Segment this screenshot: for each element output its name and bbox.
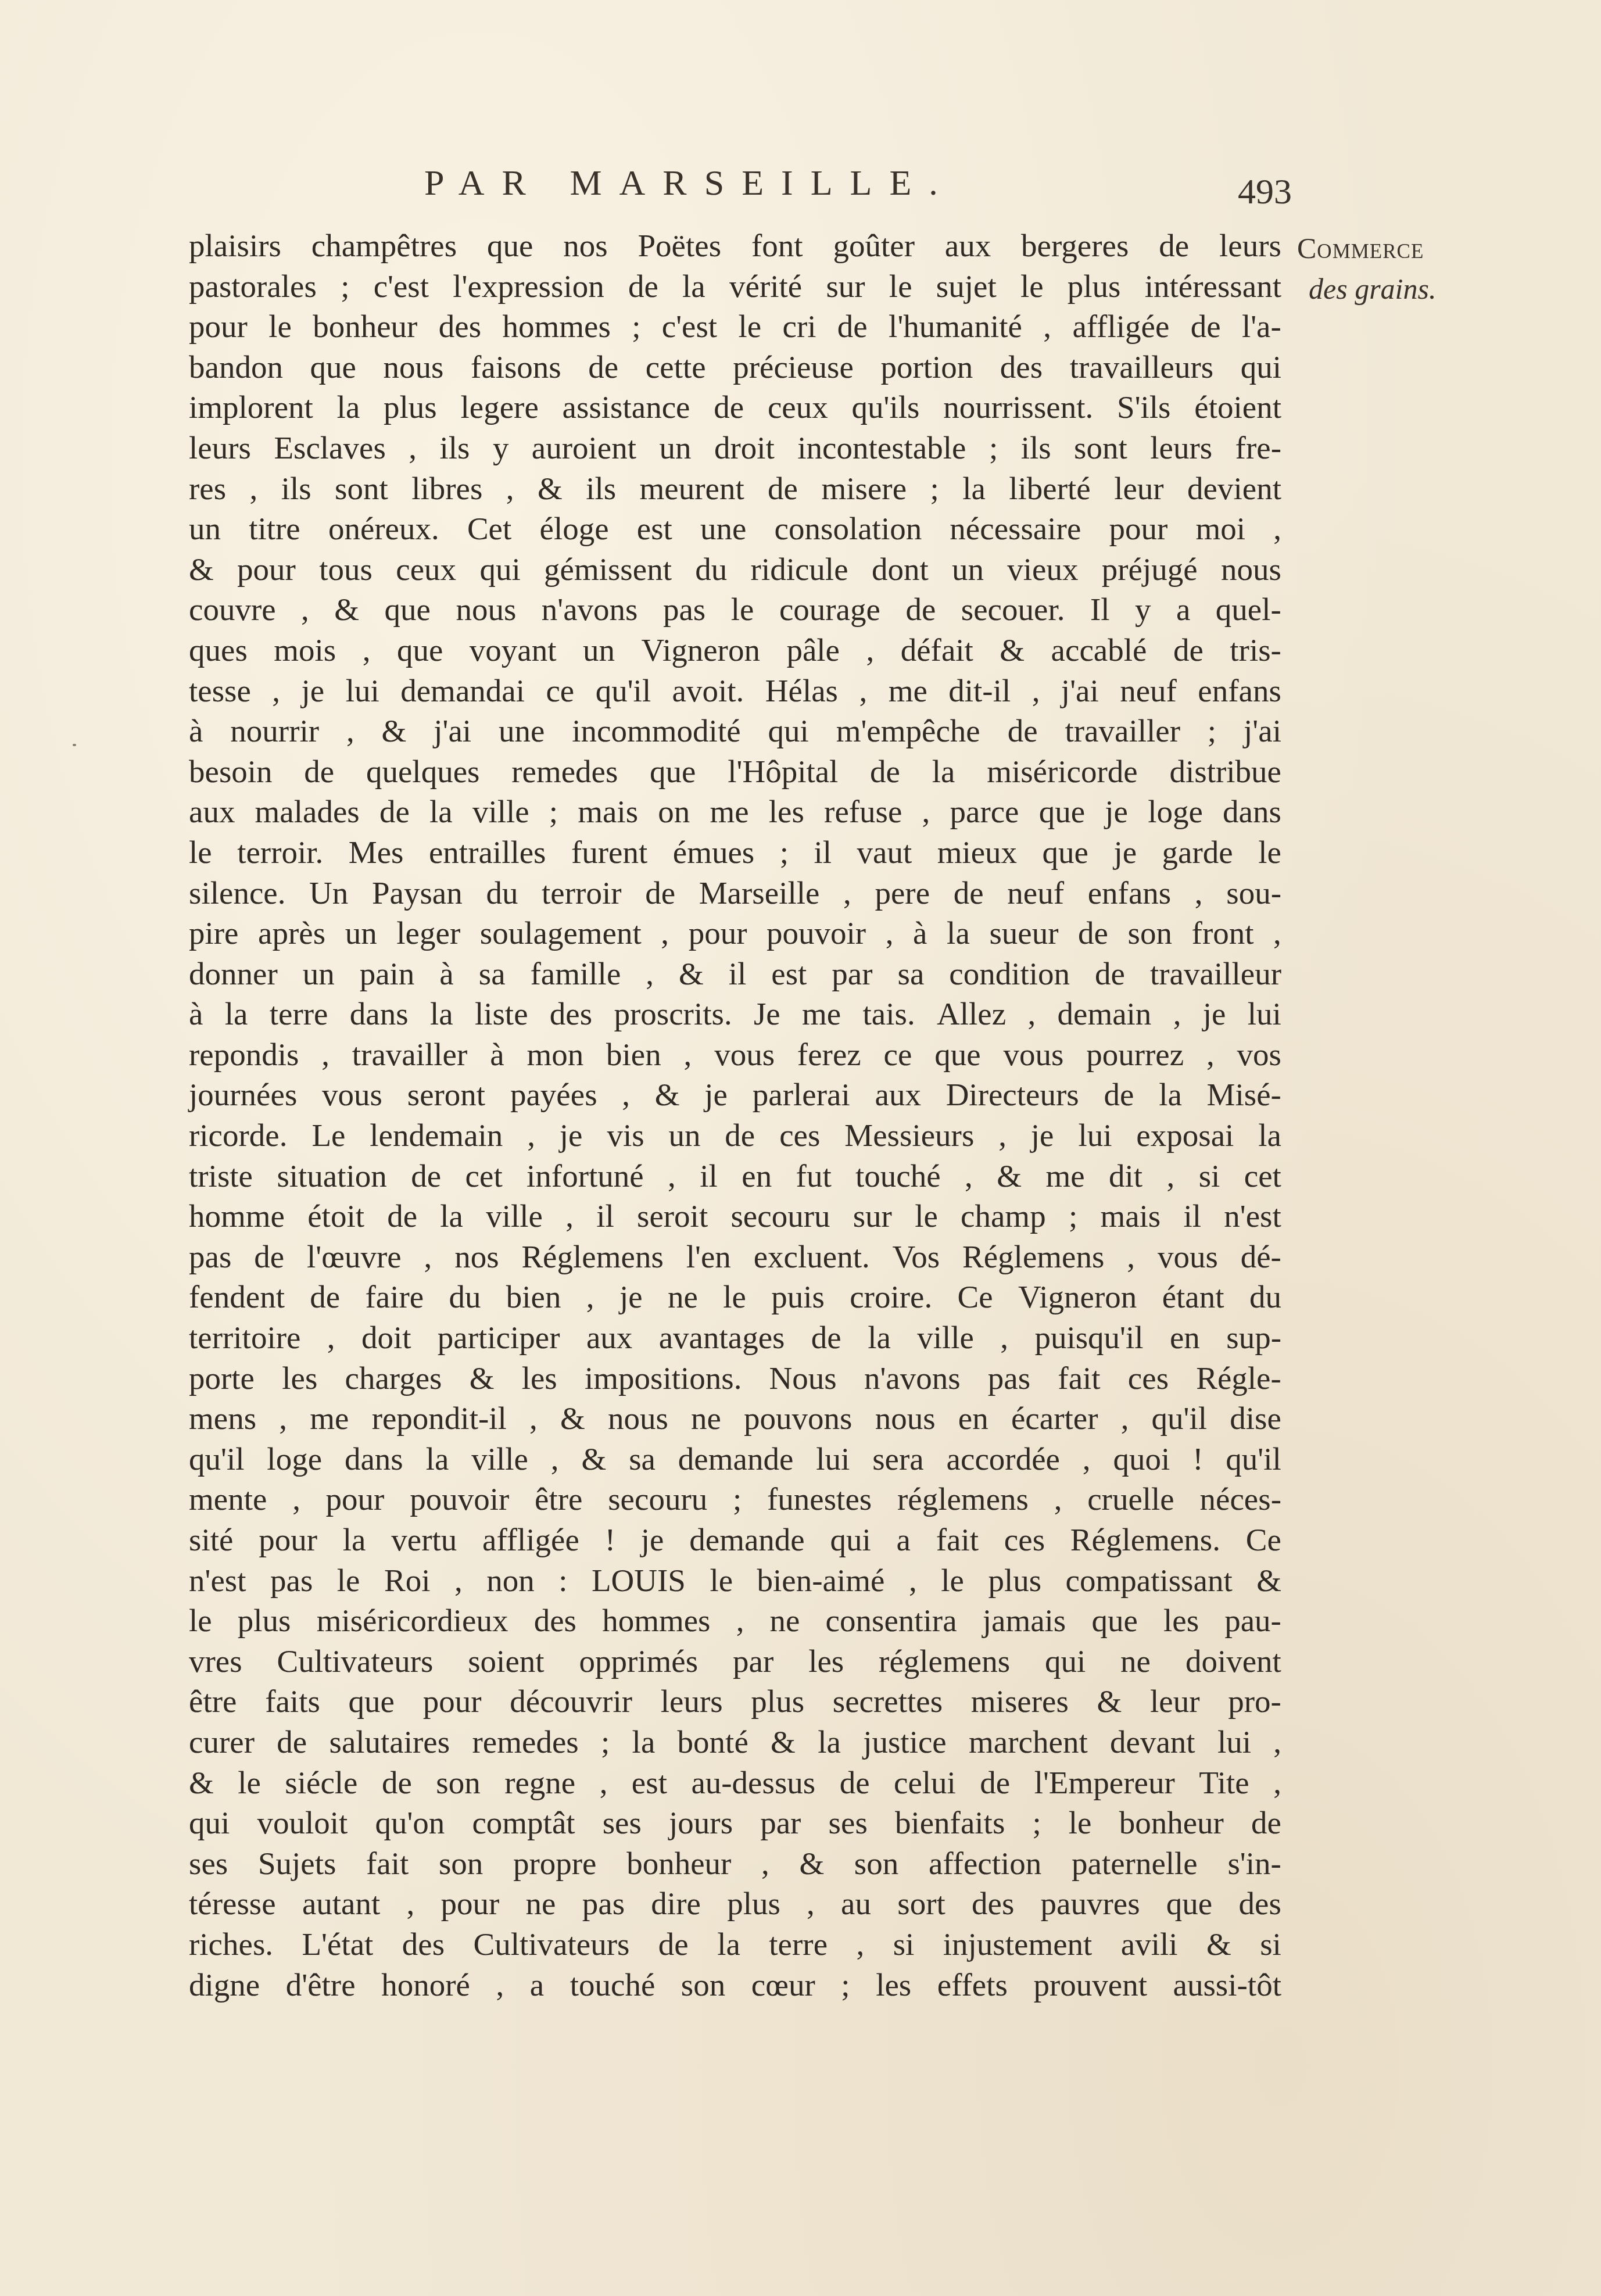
- text-line: &pourtousceuxquigémissentduridiculedontu…: [189, 549, 1281, 590]
- word: lui: [346, 671, 379, 711]
- word: ,: [565, 1196, 574, 1237]
- word: pas: [189, 1237, 231, 1277]
- word: tais.: [863, 994, 915, 1034]
- ink-speck: [73, 744, 76, 746]
- word: il: [700, 1156, 718, 1197]
- word: tesse: [189, 671, 251, 711]
- word: que: [397, 630, 443, 671]
- word: Je: [754, 994, 780, 1034]
- word: étoient: [1194, 387, 1281, 428]
- word: le: [189, 832, 212, 873]
- word: Hélas: [765, 671, 838, 711]
- word: ,: [292, 1479, 300, 1520]
- word: vieux: [1007, 549, 1078, 590]
- word: funestes: [767, 1479, 872, 1520]
- word: leurs: [1219, 225, 1281, 266]
- word: la: [343, 1520, 366, 1560]
- word: de: [725, 1115, 755, 1156]
- word: qu'on: [375, 1803, 445, 1843]
- word: Nous: [769, 1358, 837, 1399]
- word: doivent: [1185, 1641, 1281, 1682]
- word: besoin: [189, 751, 273, 792]
- word: triste: [189, 1156, 253, 1197]
- word: front: [1192, 913, 1254, 954]
- word: un: [668, 1115, 700, 1156]
- word: avoit.: [672, 671, 744, 711]
- word: vres: [189, 1641, 242, 1682]
- word: ,: [1273, 1763, 1281, 1803]
- word: Poëtes: [638, 225, 722, 266]
- word: ;: [989, 428, 998, 468]
- word: &: [1256, 1560, 1281, 1601]
- word: pouvoir: [767, 913, 866, 954]
- word: de: [870, 751, 900, 792]
- word: j'ai: [1244, 711, 1281, 751]
- text-line: n'estpasleRoi,non:LOUISlebien-aimé,leplu…: [189, 1560, 1281, 1601]
- word: voyant: [470, 630, 557, 671]
- word: ,: [668, 1156, 676, 1197]
- word: furent: [571, 832, 647, 873]
- word: pas: [988, 1358, 1030, 1399]
- word: l'Hôpital: [728, 751, 838, 792]
- word: lui: [1217, 1722, 1251, 1763]
- word: de: [1159, 225, 1189, 266]
- text-line: auxmaladesdelaville;maisonmelesrefuse,pa…: [189, 791, 1281, 832]
- word: travailleurs: [1070, 347, 1213, 388]
- word: cette: [646, 347, 706, 388]
- word: ,: [886, 913, 894, 954]
- word: miséricorde: [987, 751, 1138, 792]
- word: Régle-: [1196, 1358, 1281, 1399]
- word: vérité: [729, 266, 802, 307]
- text-line: tesse,jeluidemandaicequ'ilavoit.Hélas,me…: [189, 671, 1281, 711]
- word: un: [345, 913, 377, 954]
- word: y: [1135, 589, 1151, 630]
- running-head: PAR MARSEILLE.: [424, 163, 955, 204]
- word: devient: [1187, 468, 1281, 509]
- word: Messieurs: [844, 1115, 974, 1156]
- word: Réglemens: [962, 1237, 1104, 1277]
- word: étoit: [307, 1196, 364, 1237]
- word: aux: [875, 1074, 921, 1115]
- word: ,: [1083, 1439, 1091, 1480]
- word: le: [889, 266, 912, 307]
- word: &: [470, 1358, 495, 1399]
- word: ,: [1000, 1317, 1008, 1358]
- word: Un: [309, 873, 348, 914]
- text-line: mens,merepondit-il,&nousnepouvonsnousené…: [189, 1398, 1281, 1439]
- word: je: [302, 671, 325, 711]
- word: regne: [504, 1763, 575, 1803]
- word: ,: [965, 1156, 973, 1197]
- word: qui: [479, 549, 520, 590]
- word: fut: [796, 1156, 832, 1197]
- word: être: [189, 1681, 237, 1722]
- word: ses: [603, 1803, 642, 1843]
- word: bergeres: [1021, 225, 1129, 266]
- word: est: [637, 508, 672, 549]
- word: son: [436, 1763, 480, 1803]
- word: réglemens: [879, 1641, 1010, 1682]
- word: fait: [1058, 1358, 1100, 1399]
- word: ,: [859, 671, 867, 711]
- word: ,: [1127, 1237, 1135, 1277]
- word: sa: [898, 954, 925, 994]
- text-line: tristesituationdecetinfortuné,ilenfuttou…: [189, 1156, 1281, 1197]
- word: demande: [678, 1439, 794, 1480]
- word: a: [897, 1520, 911, 1560]
- word: me: [1045, 1156, 1084, 1197]
- word: courage: [779, 589, 880, 630]
- word: écarter: [1011, 1398, 1098, 1439]
- text-line: sesSujetsfaitsonproprebonheur,&sonaffect…: [189, 1843, 1281, 1884]
- word: charges: [345, 1358, 442, 1399]
- word: &: [581, 1439, 606, 1480]
- word: dit: [1109, 1156, 1142, 1197]
- word: ,: [301, 589, 309, 630]
- word: bonheur: [626, 1843, 731, 1884]
- word: sup-: [1226, 1317, 1281, 1358]
- word: consolation: [775, 508, 922, 549]
- word: que: [934, 1034, 980, 1075]
- word: au: [841, 1883, 871, 1924]
- word: Tite: [1199, 1763, 1249, 1803]
- word: nos: [563, 225, 607, 266]
- word: un: [659, 428, 691, 468]
- word: à: [189, 994, 203, 1034]
- word: qu'il: [1226, 1439, 1281, 1480]
- word: me: [802, 994, 841, 1034]
- word: la: [868, 1317, 891, 1358]
- word: opprimés: [579, 1641, 698, 1682]
- word: l'en: [686, 1237, 731, 1277]
- word: ,: [661, 913, 669, 954]
- text-line: àlaterredanslalistedesproscrits.Jemetais…: [189, 994, 1281, 1034]
- word: dit-il: [948, 671, 1011, 711]
- word: de: [768, 468, 798, 509]
- word: touché: [855, 1156, 941, 1197]
- word: lui: [816, 1439, 850, 1480]
- word: découvrir: [510, 1681, 632, 1722]
- word: la: [337, 387, 360, 428]
- word: ,: [327, 1317, 335, 1358]
- word: que: [349, 1681, 395, 1722]
- word: sou-: [1226, 873, 1281, 914]
- word: remedes: [472, 1722, 578, 1763]
- word: ,: [646, 954, 654, 994]
- word: titre: [249, 508, 300, 549]
- word: liberté: [1009, 468, 1090, 509]
- word: impositions.: [585, 1358, 742, 1399]
- word: l'expression: [453, 266, 604, 307]
- word: le: [268, 306, 292, 347]
- word: pau-: [1224, 1600, 1281, 1641]
- word: faire: [365, 1277, 424, 1317]
- word: terroir.: [237, 832, 323, 873]
- word: une: [499, 711, 545, 751]
- word: libres: [411, 468, 482, 509]
- word: ville: [472, 791, 529, 832]
- word: jours: [669, 1803, 733, 1843]
- word: ,: [527, 1115, 535, 1156]
- word: de: [277, 1722, 307, 1763]
- word: un: [303, 954, 335, 994]
- word: prouvent: [1033, 1965, 1147, 2005]
- word: pourrez: [1086, 1034, 1184, 1075]
- word: ils: [281, 468, 311, 509]
- word: est: [632, 1763, 667, 1803]
- word: onéreux.: [328, 508, 439, 549]
- word: ques: [189, 630, 248, 671]
- word: de: [905, 589, 936, 630]
- word: ce: [546, 671, 574, 711]
- word: aussi-tôt: [1173, 1965, 1281, 2005]
- text-line: pourlebonheurdeshommes;c'estlecridel'hum…: [189, 306, 1281, 347]
- word: fendent: [189, 1277, 285, 1317]
- word: une: [700, 508, 746, 549]
- word: enfans: [1198, 671, 1281, 711]
- word: de: [980, 1763, 1010, 1803]
- word: n'avons: [864, 1358, 961, 1399]
- word: n'est: [1224, 1196, 1281, 1237]
- word: le: [738, 306, 761, 347]
- word: incontestable: [797, 428, 966, 468]
- word: de: [588, 347, 618, 388]
- word: qui: [189, 1803, 230, 1843]
- word: affligée: [482, 1520, 579, 1560]
- word: implorent: [189, 387, 313, 428]
- word: étant: [1162, 1277, 1224, 1317]
- word: il: [1183, 1196, 1201, 1237]
- word: le: [723, 1277, 746, 1317]
- word: LOUIS: [592, 1560, 686, 1601]
- word: couvre: [189, 589, 276, 630]
- word: &: [771, 1722, 796, 1763]
- word: soient: [468, 1641, 544, 1682]
- word: ;: [733, 1479, 742, 1520]
- word: ne: [691, 1398, 721, 1439]
- word: pour: [1109, 508, 1167, 549]
- text-line: hommeétoitdelaville,ilseroitsecourusurle…: [189, 1196, 1281, 1237]
- word: un: [952, 549, 984, 590]
- word: les: [769, 791, 804, 832]
- word: n'est: [189, 1560, 246, 1601]
- word: Paysan: [372, 873, 463, 914]
- word: quoi: [1113, 1439, 1170, 1480]
- word: ,: [1043, 306, 1051, 347]
- word: à: [490, 1034, 504, 1075]
- margin-note-subtitle: des grains.: [1297, 268, 1436, 309]
- word: &: [679, 954, 704, 994]
- word: qu'ils: [852, 387, 920, 428]
- word: ;: [601, 1722, 610, 1763]
- word: parlerai: [753, 1074, 850, 1115]
- word: de: [1095, 954, 1125, 994]
- word: de: [1191, 306, 1221, 347]
- word: par: [733, 1641, 773, 1682]
- word: mois: [274, 630, 336, 671]
- word: le: [731, 589, 754, 630]
- text-line: territoire,doitparticiperauxavantagesdel…: [189, 1317, 1281, 1358]
- word: marchent: [969, 1722, 1088, 1763]
- word: travailler: [1065, 711, 1180, 751]
- word: il: [729, 954, 747, 994]
- word: je: [1113, 832, 1137, 873]
- word: si: [893, 1924, 915, 1965]
- word: Roi: [384, 1560, 430, 1601]
- word: des: [1239, 1883, 1281, 1924]
- word: plaisirs: [189, 225, 281, 266]
- word: précieuse: [733, 347, 854, 388]
- word: de: [954, 873, 984, 914]
- word: il: [596, 1196, 614, 1237]
- word: ,: [272, 671, 280, 711]
- word: que: [1166, 1883, 1212, 1924]
- word: ils: [439, 428, 470, 468]
- word: non: [486, 1560, 535, 1601]
- word: bandon: [189, 347, 283, 388]
- text-line: besoindequelquesremedesquel'Hôpitaldelam…: [189, 751, 1281, 792]
- word: ne: [770, 1600, 800, 1641]
- word: dans: [350, 994, 409, 1034]
- word: nous: [456, 589, 516, 630]
- word: Esclaves: [274, 428, 385, 468]
- word: ,: [1167, 1156, 1175, 1197]
- word: Vos: [893, 1237, 940, 1277]
- word: au-dessus: [691, 1763, 815, 1803]
- word: qu'il: [1152, 1398, 1207, 1439]
- word: plus: [751, 1681, 804, 1722]
- word: la: [818, 1722, 841, 1763]
- word: ville: [917, 1317, 974, 1358]
- word: avili: [1121, 1924, 1178, 1965]
- word: ,: [496, 1965, 504, 2005]
- word: salutaires: [329, 1722, 450, 1763]
- word: nourrissent.: [943, 387, 1093, 428]
- word: ,: [807, 1883, 815, 1924]
- word: ,: [551, 1439, 559, 1480]
- word: j'ai: [1061, 671, 1099, 711]
- word: ,: [1173, 994, 1181, 1034]
- text-line: leterroir.Mesentraillesfurentémues;ilvau…: [189, 832, 1281, 873]
- text-line: leplusmiséricordieuxdeshommes,neconsenti…: [189, 1600, 1281, 1641]
- word: ;: [341, 266, 349, 307]
- word: entrailles: [429, 832, 546, 873]
- word: doit: [361, 1317, 411, 1358]
- word: &: [189, 1763, 214, 1803]
- word: ne: [1120, 1641, 1151, 1682]
- word: comptât: [472, 1803, 575, 1843]
- word: siécle: [285, 1763, 357, 1803]
- word: leur: [1150, 1681, 1200, 1722]
- word: dans: [1223, 791, 1281, 832]
- word: lui: [1078, 1115, 1112, 1156]
- word: fait: [936, 1520, 979, 1560]
- word: croire.: [850, 1277, 932, 1317]
- word: ,: [909, 1560, 917, 1601]
- word: ,: [1273, 913, 1281, 954]
- text-line: donnerunpainàsafamille,&ilestparsacondit…: [189, 954, 1281, 994]
- word: qu'il: [189, 1439, 244, 1480]
- word: pour: [441, 1883, 500, 1924]
- word: le: [1258, 832, 1281, 873]
- word: cœur: [751, 1965, 815, 2005]
- text-line: sitépourlavertuaffligée!jedemandequiafai…: [189, 1520, 1281, 1560]
- word: gémissent: [544, 549, 672, 590]
- word: tris-: [1230, 630, 1281, 671]
- word: vaut: [857, 832, 912, 873]
- word: de: [304, 751, 334, 792]
- word: ,: [529, 1398, 538, 1439]
- word: que: [487, 225, 533, 266]
- word: bonheur: [313, 306, 417, 347]
- word: nous: [1221, 549, 1281, 590]
- word: Vigneron: [1018, 1277, 1137, 1317]
- word: legere: [461, 387, 539, 428]
- word: pour: [237, 549, 296, 590]
- word: du: [449, 1277, 481, 1317]
- text-line: ricorde.Lelendemain,jevisundecesMessieur…: [189, 1115, 1281, 1156]
- text-line: pireaprèsunlegersoulagement,pourpouvoir,…: [189, 913, 1281, 954]
- word: la: [1258, 1115, 1281, 1156]
- word: bienfaits: [895, 1803, 1005, 1843]
- book-page: PAR MARSEILLE. 493 Commerce des grains. …: [0, 0, 1601, 2296]
- word: qu'il: [596, 671, 651, 711]
- word: dans: [345, 1439, 403, 1480]
- word: nous: [608, 1398, 668, 1439]
- word: de: [1104, 1074, 1134, 1115]
- word: pâle: [786, 630, 840, 671]
- word: justice: [863, 1722, 947, 1763]
- word: bien: [506, 1277, 561, 1317]
- word: L'état: [302, 1924, 374, 1965]
- text-line: fendentdefairedubien,jenelepuiscroire.Ce…: [189, 1277, 1281, 1317]
- word: après: [258, 913, 325, 954]
- word: qui: [1045, 1641, 1086, 1682]
- word: Marseille: [699, 873, 820, 914]
- word: S'ils: [1117, 387, 1170, 428]
- word: dire: [651, 1883, 701, 1924]
- word: bien: [606, 1034, 661, 1075]
- word: sur: [853, 1196, 892, 1237]
- word: vis: [607, 1115, 644, 1156]
- word: qui: [830, 1520, 871, 1560]
- word: de: [387, 1196, 417, 1237]
- word: aux: [189, 791, 235, 832]
- word: son: [681, 1965, 725, 2005]
- word: lui: [1248, 994, 1281, 1034]
- text-line: silence.UnPaysanduterroirdeMarseille,per…: [189, 873, 1281, 914]
- text-line: vresCultivateurssoientopprimésparlesrégl…: [189, 1641, 1281, 1682]
- word: travailleur: [1150, 954, 1281, 994]
- word: sort: [897, 1883, 945, 1924]
- word: pour: [259, 1520, 317, 1560]
- word: pas: [270, 1560, 313, 1601]
- word: cruelle: [1087, 1479, 1174, 1520]
- word: des: [1000, 347, 1043, 388]
- word: que: [1091, 1600, 1137, 1641]
- word: ,: [1032, 671, 1040, 711]
- word: devant: [1110, 1722, 1195, 1763]
- word: &: [655, 1074, 680, 1115]
- word: ,: [843, 873, 851, 914]
- word: porte: [189, 1358, 255, 1399]
- word: miseres: [971, 1681, 1069, 1722]
- word: pour: [326, 1479, 385, 1520]
- word: que: [310, 347, 356, 388]
- word: homme: [189, 1196, 285, 1237]
- word: préjugé: [1102, 549, 1198, 590]
